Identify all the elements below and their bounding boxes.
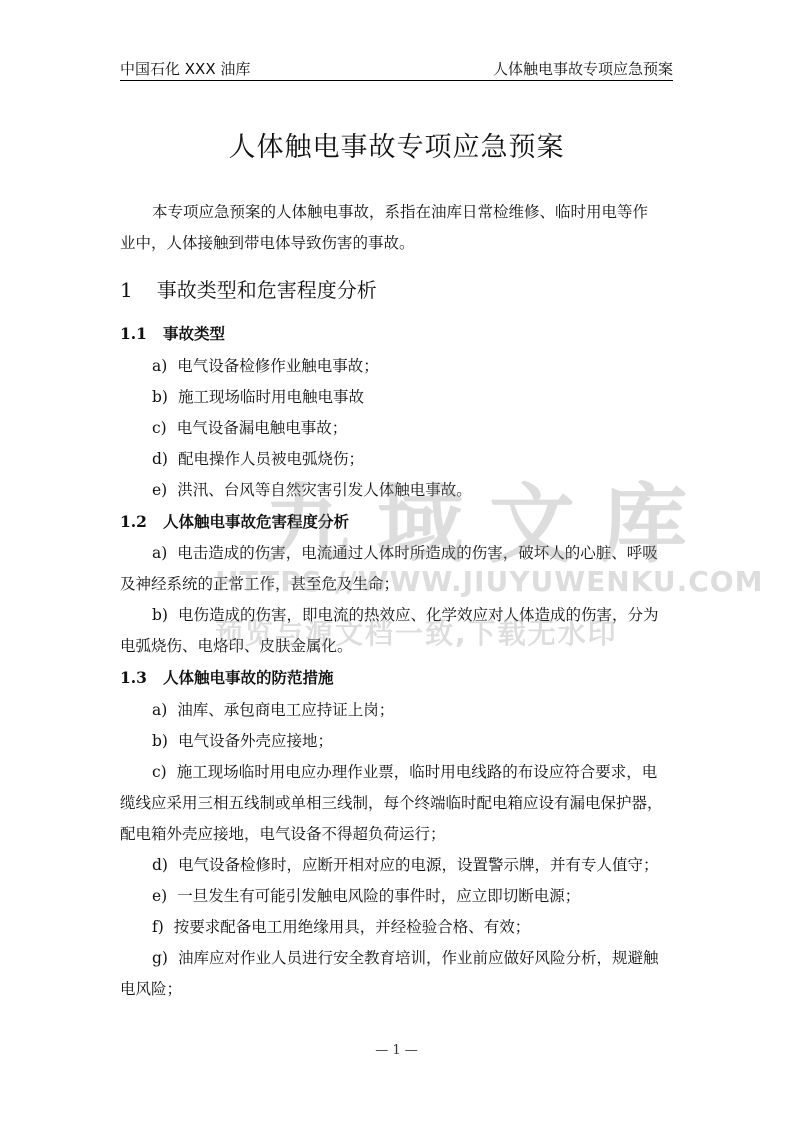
list-label: e) xyxy=(152,887,167,905)
section-1-heading: 1事故类型和危害程度分析 xyxy=(120,274,377,303)
list-item: b)电气设备外壳应接地； xyxy=(152,729,333,751)
list-text: 配电操作人员被电弧烧伤； xyxy=(178,450,364,468)
list-item: g)油库应对作业人员进行安全教育培训，作业前应做好风险分析，规避触 xyxy=(152,946,659,968)
subsection-number: 1.3 xyxy=(120,668,147,687)
list-text: 油库、承包商电工应持证上岗； xyxy=(177,701,394,719)
list-label: b) xyxy=(152,388,168,406)
list-item: c)施工现场临时用电应办理作业票，临时用电线路的布设应符合要求，电 xyxy=(152,760,657,782)
subsection-number: 1.1 xyxy=(120,324,147,343)
list-text: 洪汛、台风等自然灾害引发人体触电事故。 xyxy=(177,481,472,499)
list-label: d) xyxy=(152,450,168,468)
header-divider xyxy=(120,80,673,81)
list-item: a)电气设备检修作业触电事故； xyxy=(152,354,379,376)
list-text: 施工现场临时用电触电事故 xyxy=(178,388,364,406)
list-text: 电气设备检修作业触电事故； xyxy=(177,357,379,375)
list-text: 电击造成的伤害，电流通过人体时所造成的伤害，破坏人的心脏、呼吸 xyxy=(177,544,658,562)
list-label: b) xyxy=(152,732,168,750)
header-doc-title: 人体触电事故专项应急预案 xyxy=(493,58,673,79)
list-label: a) xyxy=(152,544,167,562)
intro-paragraph-line1: 本专项应急预案的人体触电事故，系指在油库日常检维修、临时用电等作 xyxy=(152,200,648,222)
document-page: 中国石化 XXX 油库 人体触电事故专项应急预案 人体触电事故专项应急预案 本专… xyxy=(0,0,793,1122)
list-label: a) xyxy=(152,701,167,719)
intro-paragraph-line2: 业中，人体接触到带电体导致伤害的事故。 xyxy=(120,231,415,253)
list-text: 施工现场临时用电应办理作业票，临时用电线路的布设应符合要求，电 xyxy=(177,763,658,781)
list-item: d)电气设备检修时，应断开相对应的电源，设置警示牌，并有专人值守； xyxy=(152,853,659,875)
list-item: e)一旦发生有可能引发触电风险的事件时，应立即切断电源； xyxy=(152,884,580,906)
list-item: f)按要求配备电工用绝缘用具，并经检验合格、有效； xyxy=(152,915,530,937)
paragraph-b-line2: 电弧烧伤、电烙印、皮肤金属化。 xyxy=(120,634,353,656)
subsection-number: 1.2 xyxy=(120,512,147,531)
subsection-title: 人体触电事故危害程度分析 xyxy=(163,512,349,531)
section-1-3-heading: 1.3人体触电事故的防范措施 xyxy=(120,666,333,688)
paragraph-a-line1: a)电击造成的伤害，电流通过人体时所造成的伤害，破坏人的心脏、呼吸 xyxy=(152,541,658,563)
list-label: c) xyxy=(152,419,167,437)
paragraph-continuation: 缆线应采用三相五线制或单相三线制，每个终端临时配电箱应设有漏电保护器， xyxy=(120,791,663,813)
list-label: c) xyxy=(152,763,167,781)
list-label: b) xyxy=(152,606,168,624)
list-label: f) xyxy=(152,918,164,936)
list-text: 电气设备检修时，应断开相对应的电源，设置警示牌，并有专人值守； xyxy=(178,856,659,874)
list-text: 一旦发生有可能引发触电风险的事件时，应立即切断电源； xyxy=(177,887,580,905)
page-number: — 1 — xyxy=(0,1043,793,1058)
list-label: a) xyxy=(152,357,167,375)
list-label: d) xyxy=(152,856,168,874)
list-item: b)施工现场临时用电触电事故 xyxy=(152,385,364,407)
header-company: 中国石化 XXX 油库 xyxy=(120,58,250,79)
document-title: 人体触电事故专项应急预案 xyxy=(0,125,793,164)
paragraph-continuation: 配电箱外壳应接地，电气设备不得超负荷运行； xyxy=(120,822,446,844)
paragraph-b-line1: b)电伤造成的伤害，即电流的热效应、化学效应对人体造成的伤害，分为 xyxy=(152,603,659,625)
section-title: 事故类型和危害程度分析 xyxy=(157,278,377,302)
section-number: 1 xyxy=(120,278,133,302)
list-item: a)油库、承包商电工应持证上岗； xyxy=(152,698,394,720)
list-item: d)配电操作人员被电弧烧伤； xyxy=(152,447,364,469)
list-item: c)电气设备漏电触电事故； xyxy=(152,416,347,438)
list-label: g) xyxy=(152,949,168,967)
page-header: 中国石化 XXX 油库 人体触电事故专项应急预案 xyxy=(120,58,673,80)
list-text: 电伤造成的伤害，即电流的热效应、化学效应对人体造成的伤害，分为 xyxy=(178,606,659,624)
list-text: 电气设备漏电触电事故； xyxy=(177,419,348,437)
list-text: 油库应对作业人员进行安全教育培训，作业前应做好风险分析，规避触 xyxy=(178,949,659,967)
paragraph-a-line2: 及神经系统的正常工作，甚至危及生命； xyxy=(120,572,399,594)
section-1-1-heading: 1.1事故类型 xyxy=(120,322,225,344)
list-text: 按要求配备电工用绝缘用具，并经检验合格、有效； xyxy=(174,918,531,936)
subsection-title: 人体触电事故的防范措施 xyxy=(163,668,334,687)
section-1-2-heading: 1.2人体触电事故危害程度分析 xyxy=(120,510,349,532)
paragraph-continuation: 电风险； xyxy=(120,977,182,999)
subsection-title: 事故类型 xyxy=(163,324,225,343)
list-item: e)洪汛、台风等自然灾害引发人体触电事故。 xyxy=(152,478,472,500)
list-text: 电气设备外壳应接地； xyxy=(178,732,333,750)
list-label: e) xyxy=(152,481,167,499)
